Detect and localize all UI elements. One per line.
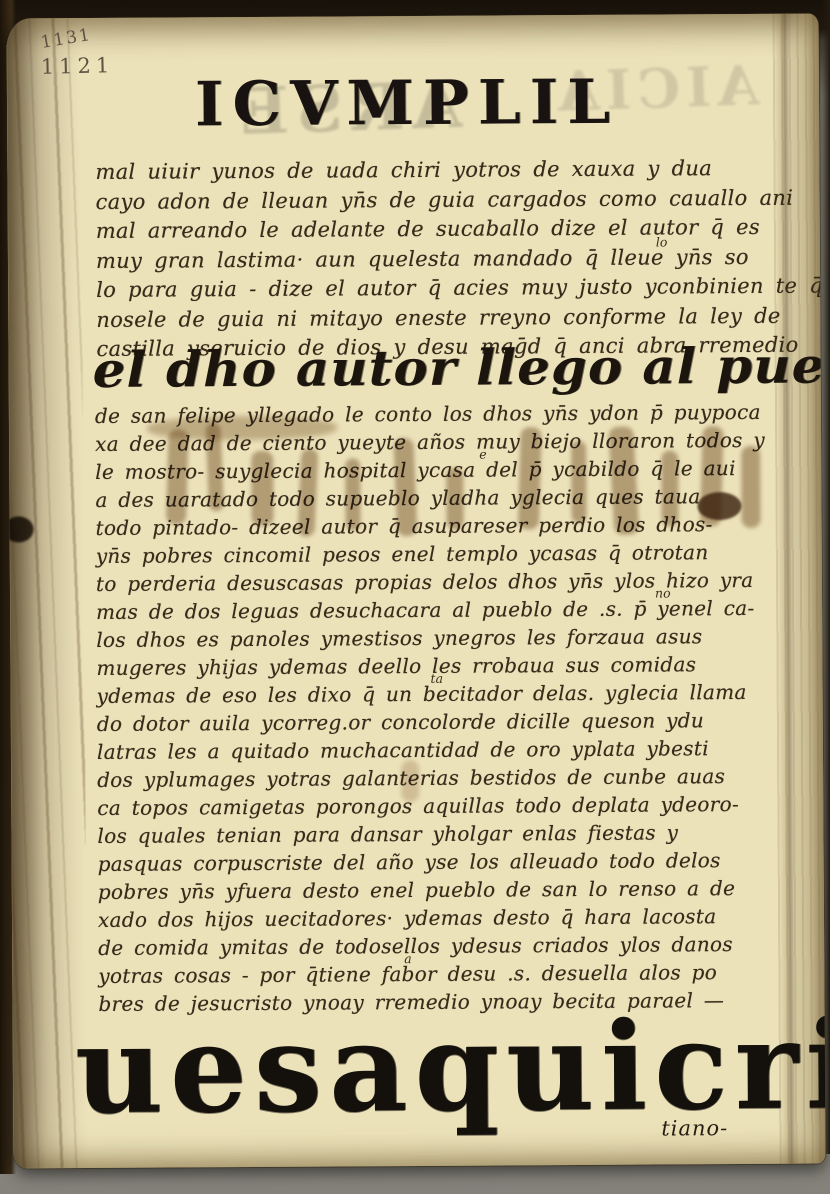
- manuscript-line: le mostro- suyglecia hospital ycasa del …: [95, 454, 765, 486]
- body-paragraph-2: de san felipe yllegado le conto los dhos…: [95, 398, 769, 1018]
- manuscript-line: de san felipe yllegado le conto los dhos…: [95, 398, 765, 430]
- catchword: tiano-: [661, 1116, 728, 1140]
- manuscript-line: pasquas corpuscriste del año yse los all…: [98, 846, 768, 878]
- manuscript-line: mal uiuir yunos de uada chiri yotros de …: [95, 154, 822, 188]
- manuscript-line: mal arreando le adelante de sucaballo di…: [96, 213, 823, 247]
- manuscript-line: ca topos camigetas porongos aquillas tod…: [97, 790, 767, 822]
- folio-number: 1131: [40, 22, 116, 52]
- body-paragraph-1: mal uiuir yunos de uada chiri yotros de …: [95, 154, 823, 365]
- manuscript-line: lo para guia - dize el autor q̄ acies mu…: [96, 272, 823, 306]
- manuscript-line: xado dos hijos uecitadores· ydemas desto…: [98, 902, 768, 934]
- manuscript-line: los quales tenian para dansar yholgar en…: [97, 818, 767, 850]
- folio-number: 1121: [41, 54, 115, 79]
- superscript-note: e: [479, 447, 486, 462]
- superscript-note: ta: [430, 671, 443, 686]
- manuscript-line: a des uaratado todo supueblo yladha ygle…: [95, 482, 765, 514]
- photo-backdrop: ARSE AICIA 1131 1121 ICVMPLIL mal uiuir …: [0, 0, 830, 1194]
- manuscript-line: latras les a quitado muchacantidad de or…: [97, 734, 767, 766]
- ink-blot: [6, 516, 33, 542]
- superscript-note: no: [655, 585, 671, 600]
- page-title: ICVMPLIL: [195, 67, 620, 141]
- manuscript-line: todo pintado- dizeel autor q̄ asupareser…: [96, 510, 766, 542]
- manuscript-line: nosele de guia ni mitayo eneste rreyno c…: [96, 301, 823, 335]
- manuscript-line: yn̄s pobres cincomil pesos enel templo y…: [96, 538, 766, 570]
- manuscript-line: muy gran lastima· aun quelesta mandado q…: [96, 242, 823, 276]
- manuscript-line: do dotor auila ycorreg.or concolorde dic…: [97, 706, 767, 738]
- manuscript-line: xa dee dad de ciento yueyte años muy bie…: [95, 426, 765, 458]
- manuscript-line: dos yplumages yotras galanterias bestido…: [97, 762, 767, 794]
- superscript-note: a: [404, 951, 412, 966]
- folio-numbers: 1131 1121: [41, 28, 115, 78]
- manuscript-line: los dhos es panoles ymestisos ynegros le…: [96, 622, 766, 654]
- manuscript-page: ARSE AICIA 1131 1121 ICVMPLIL mal uiuir …: [6, 14, 825, 1169]
- manuscript-line: pobres yn̄s yfuera desto enel pueblo de …: [98, 874, 768, 906]
- manuscript-line: cayo adon de lleuan yn̄s de guia cargado…: [96, 183, 823, 217]
- superscript-note: lo: [656, 234, 668, 249]
- manuscript-line: de comida ymitas de todosellos ydesus cr…: [98, 930, 768, 962]
- manuscript-line: yotras cosas - por q̄tiene fabor desu .s…: [98, 958, 768, 990]
- section-heading: el dho autor llego al pueblo: [92, 336, 825, 399]
- book-binding-edge: [6, 18, 87, 1168]
